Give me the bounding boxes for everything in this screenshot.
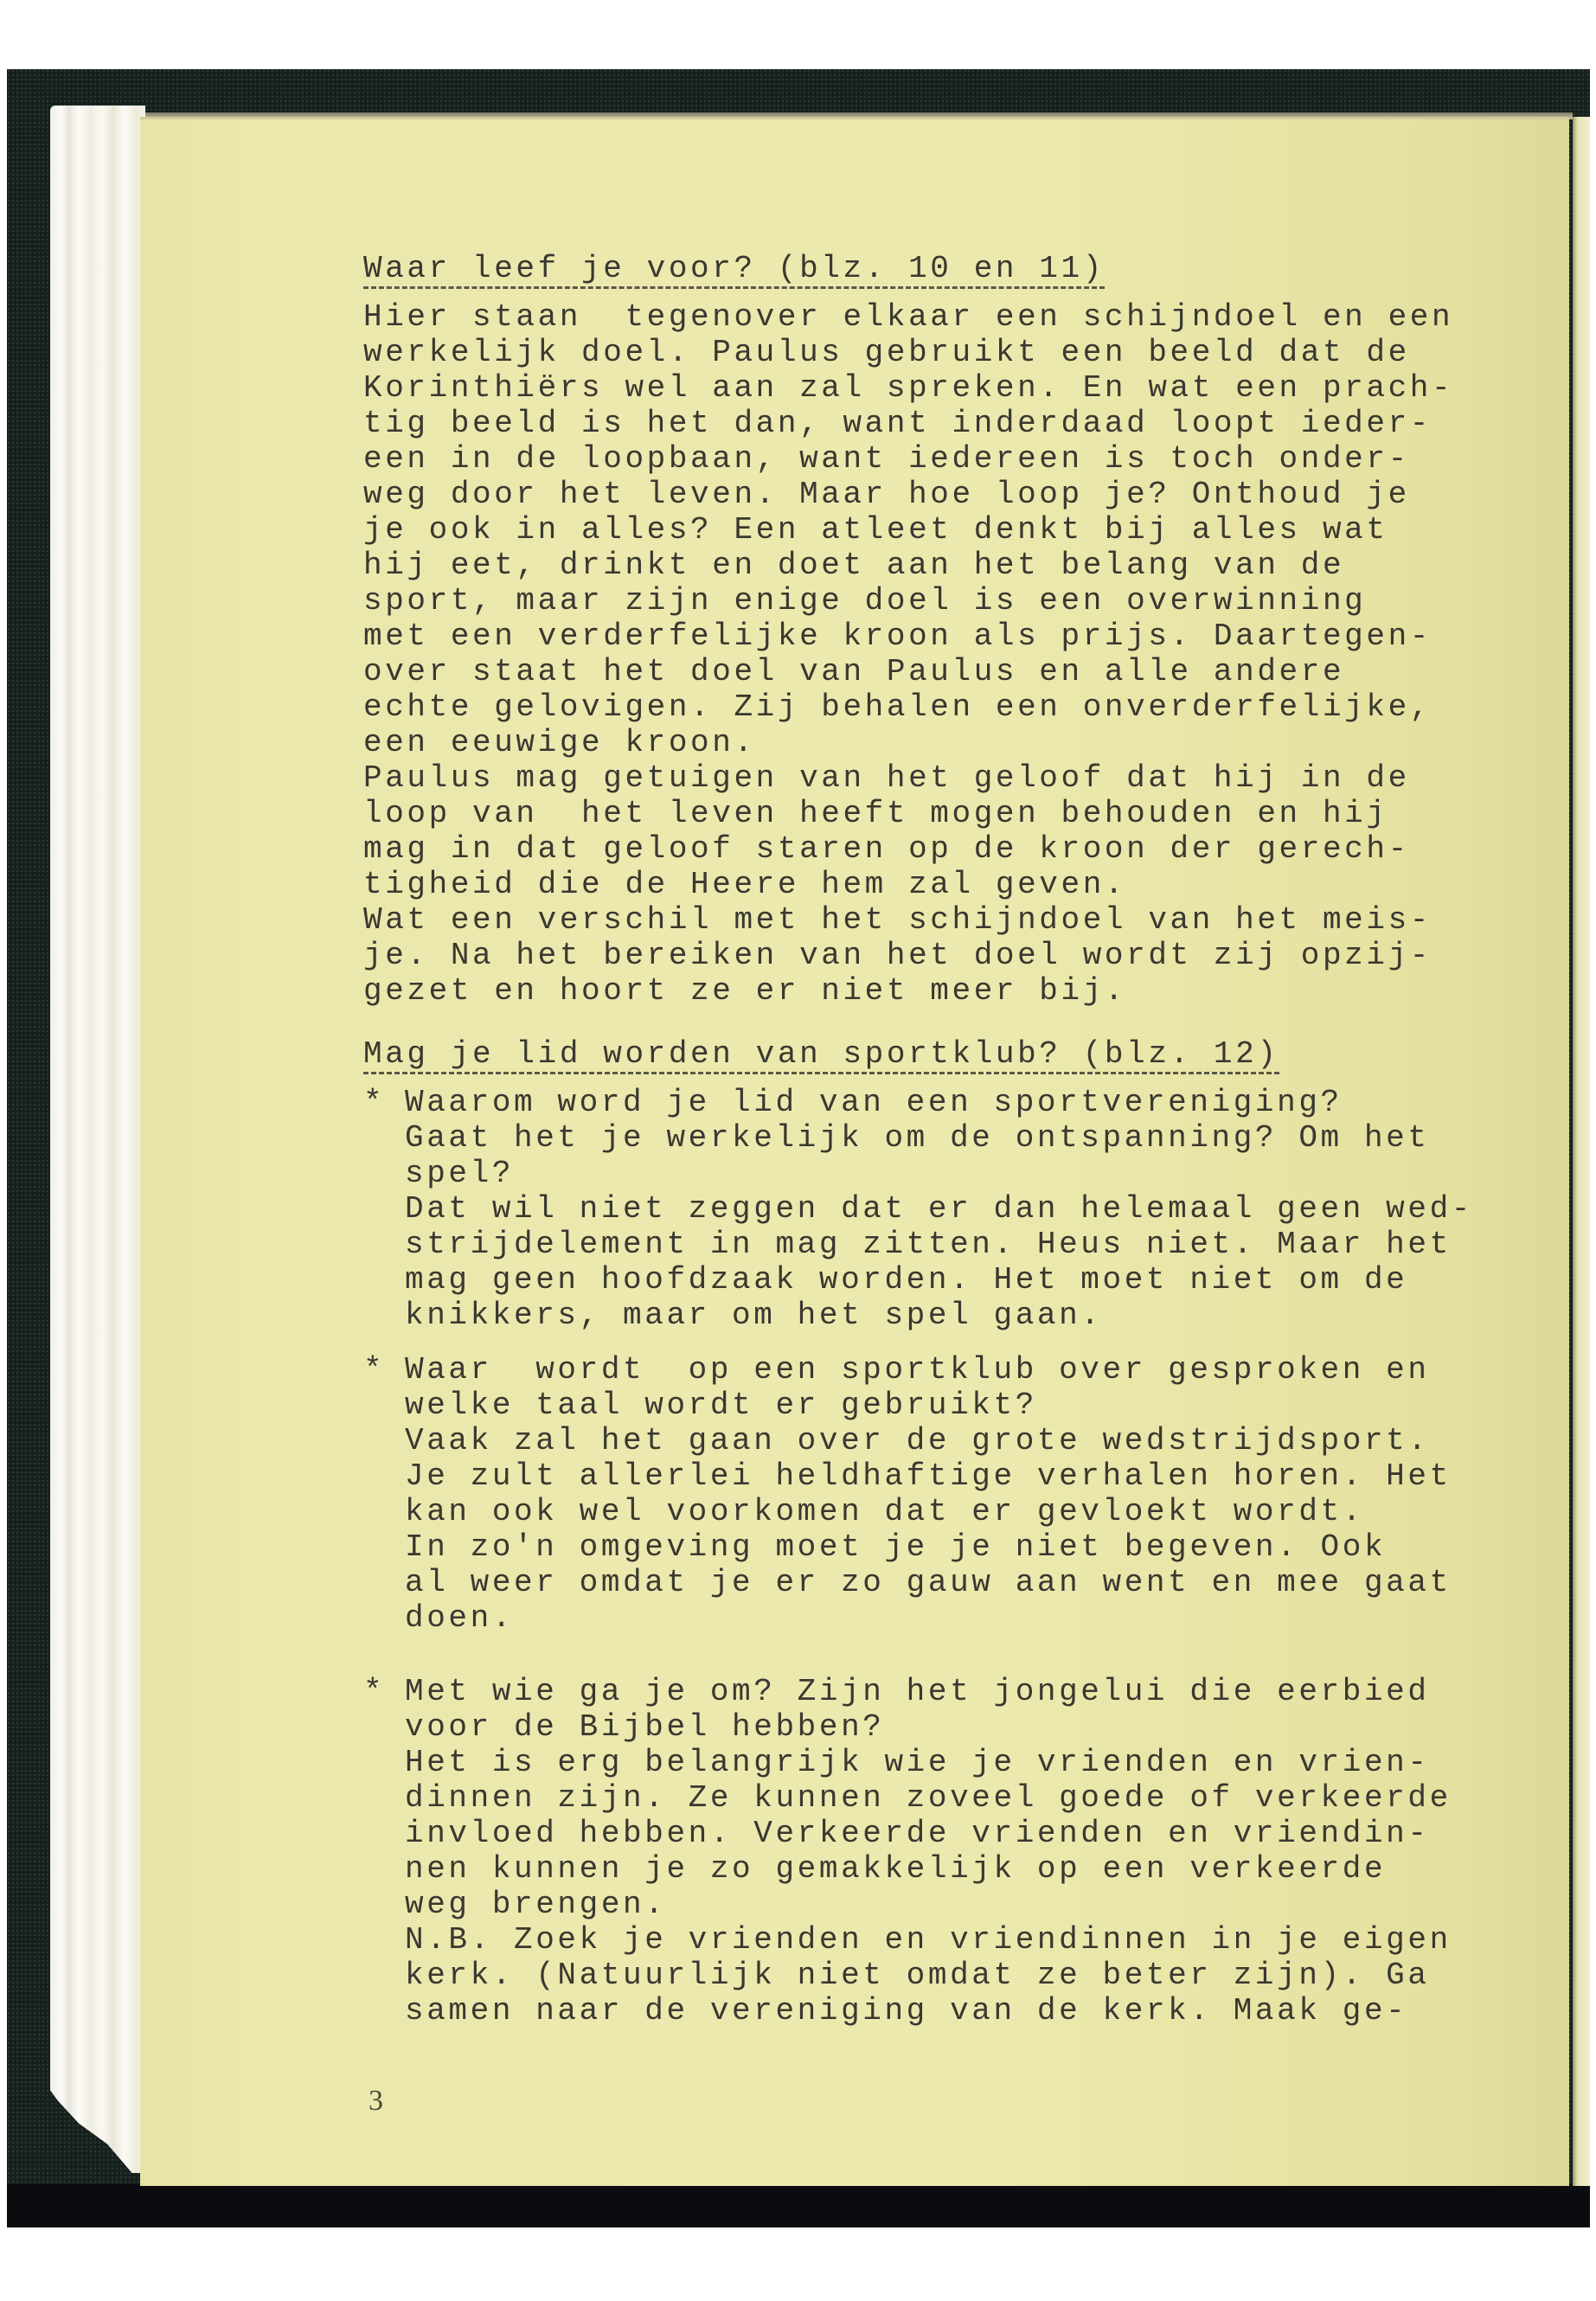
text-line: tig beeld is het dan, want inderdaad loo…: [363, 406, 1505, 441]
item-gap: [363, 1333, 1505, 1352]
text-line: samen naar de vereniging van de kerk. Ma…: [405, 1993, 1505, 2029]
text-line: invloed hebben. Verkeerde vrienden en vr…: [405, 1816, 1505, 1851]
section-heading: Mag je lid worden van sportklub? (blz. 1…: [363, 1036, 1279, 1074]
bullet-item: * Waar wordt op een sportklub over gespr…: [363, 1352, 1505, 1636]
text-line: mag geen hoofdzaak worden. Het moet niet…: [405, 1262, 1505, 1298]
page-number: 3: [369, 2085, 383, 2118]
text-line: Dat wil niet zeggen dat er dan helemaal …: [405, 1191, 1505, 1227]
text-line: spel?: [405, 1156, 1505, 1191]
section-heading: Waar leef je voor? (blz. 10 en 11): [363, 251, 1105, 289]
text-line: knikkers, maar om het spel gaan.: [405, 1298, 1505, 1333]
paragraph: Wat een verschil met het schijndoel van …: [363, 902, 1505, 1009]
text-line: Je zult allerlei heldhaftige verhalen ho…: [405, 1458, 1505, 1494]
text-line: hij eet, drinkt en doet aan het belang v…: [363, 548, 1505, 583]
text-line: een in de loopbaan, want iedereen is toc…: [363, 441, 1505, 477]
text-line: In zo'n omgeving moet je je niet begeven…: [405, 1529, 1505, 1565]
text-line: loop van het leven heeft mogen behouden …: [363, 796, 1505, 831]
paragraph: Hier staan tegenover elkaar een schijndo…: [363, 299, 1505, 760]
bullet-text: Met wie ga je om? Zijn het jongelui die …: [405, 1674, 1505, 2029]
text-line: kan ook wel voorkomen dat er gevloekt wo…: [405, 1494, 1505, 1529]
text-line: strijdelement in mag zitten. Heus niet. …: [405, 1227, 1505, 1262]
text-line: Gaat het je werkelijk om de ontspanning?…: [405, 1120, 1505, 1156]
text-line: je. Na het bereiken van het doel wordt z…: [363, 938, 1505, 973]
text-line: voor de Bijbel hebben?: [405, 1709, 1505, 1745]
text-line: werkelijk doel. Paulus gebruikt een beel…: [363, 335, 1505, 370]
asterisk-bullet-icon: *: [363, 1085, 385, 1120]
paragraph: Paulus mag getuigen van het geloof dat h…: [363, 760, 1505, 902]
text-line: nen kunnen je zo gemakkelijk op een verk…: [405, 1851, 1505, 1887]
text-line: sport, maar zijn enige doel is een overw…: [363, 583, 1505, 619]
text-line: over staat het doel van Paulus en alle a…: [363, 654, 1505, 689]
bullet-item: * Met wie ga je om? Zijn het jongelui di…: [363, 1674, 1505, 2029]
text-line: dinnen zijn. Ze kunnen zoveel goede of v…: [405, 1780, 1505, 1816]
text-line: Hier staan tegenover elkaar een schijndo…: [363, 299, 1505, 335]
text-line: welke taal wordt er gebruikt?: [405, 1388, 1505, 1423]
text-line: Met wie ga je om? Zijn het jongelui die …: [405, 1674, 1505, 1709]
asterisk-bullet-icon: *: [363, 1352, 385, 1388]
section-gap: [363, 1009, 1505, 1036]
text-line: Paulus mag getuigen van het geloof dat h…: [363, 760, 1505, 796]
text-line: met een verderfelijke kroon als prijs. D…: [363, 619, 1505, 654]
text-line: Korinthiërs wel aan zal spreken. En wat …: [363, 370, 1505, 406]
text-line: tigheid die de Heere hem zal geven.: [363, 867, 1505, 902]
text-line: doen.: [405, 1600, 1505, 1636]
asterisk-bullet-icon: *: [363, 1674, 385, 1709]
text-line: je ook in alles? Een atleet denkt bij al…: [363, 512, 1505, 548]
text-line: Waarom word je lid van een sportverenigi…: [405, 1085, 1505, 1120]
text-line: Wat een verschil met het schijndoel van …: [363, 902, 1505, 938]
text-line: weg door het leven. Maar hoe loop je? On…: [363, 477, 1505, 512]
page-right-edge: [1573, 117, 1590, 2186]
text-line: Waar wordt op een sportklub over gesprok…: [405, 1352, 1505, 1388]
text-line: weg brengen.: [405, 1887, 1505, 1922]
bullet-item: * Waarom word je lid van een sportvereni…: [363, 1085, 1505, 1333]
bullet-text: Waarom word je lid van een sportverenigi…: [405, 1085, 1505, 1333]
book-cover-bottom-edge: [7, 2184, 1590, 2227]
text-line: echte gelovigen. Zij behalen een onverde…: [363, 689, 1505, 725]
text-line: een eeuwige kroon.: [363, 725, 1505, 760]
item-gap: [363, 1636, 1505, 1655]
text-line: Het is erg belangrijk wie je vrienden en…: [405, 1745, 1505, 1780]
section-sportklub: Mag je lid worden van sportklub? (blz. 1…: [363, 1036, 1505, 2029]
text-line: mag in dat geloof staren op de kroon der…: [363, 831, 1505, 867]
page-stack-edge: [50, 106, 145, 2173]
bullet-text: Waar wordt op een sportklub over gesprok…: [405, 1352, 1505, 1636]
text-line: Vaak zal het gaan over de grote wedstrij…: [405, 1423, 1505, 1458]
text-line: al weer omdat je er zo gauw aan went en …: [405, 1565, 1505, 1600]
section-waar-leef-je-voor: Waar leef je voor? (blz. 10 en 11) Hier …: [363, 251, 1505, 1009]
text-line: gezet en hoort ze er niet meer bij.: [363, 973, 1505, 1009]
text-line: kerk. (Natuurlijk niet omdat ze beter zi…: [405, 1958, 1505, 1993]
page-text: Waar leef je voor? (blz. 10 en 11) Hier …: [363, 251, 1505, 2029]
text-line: N.B. Zoek je vrienden en vriendinnen in …: [405, 1922, 1505, 1958]
item-gap: [363, 1655, 1505, 1674]
